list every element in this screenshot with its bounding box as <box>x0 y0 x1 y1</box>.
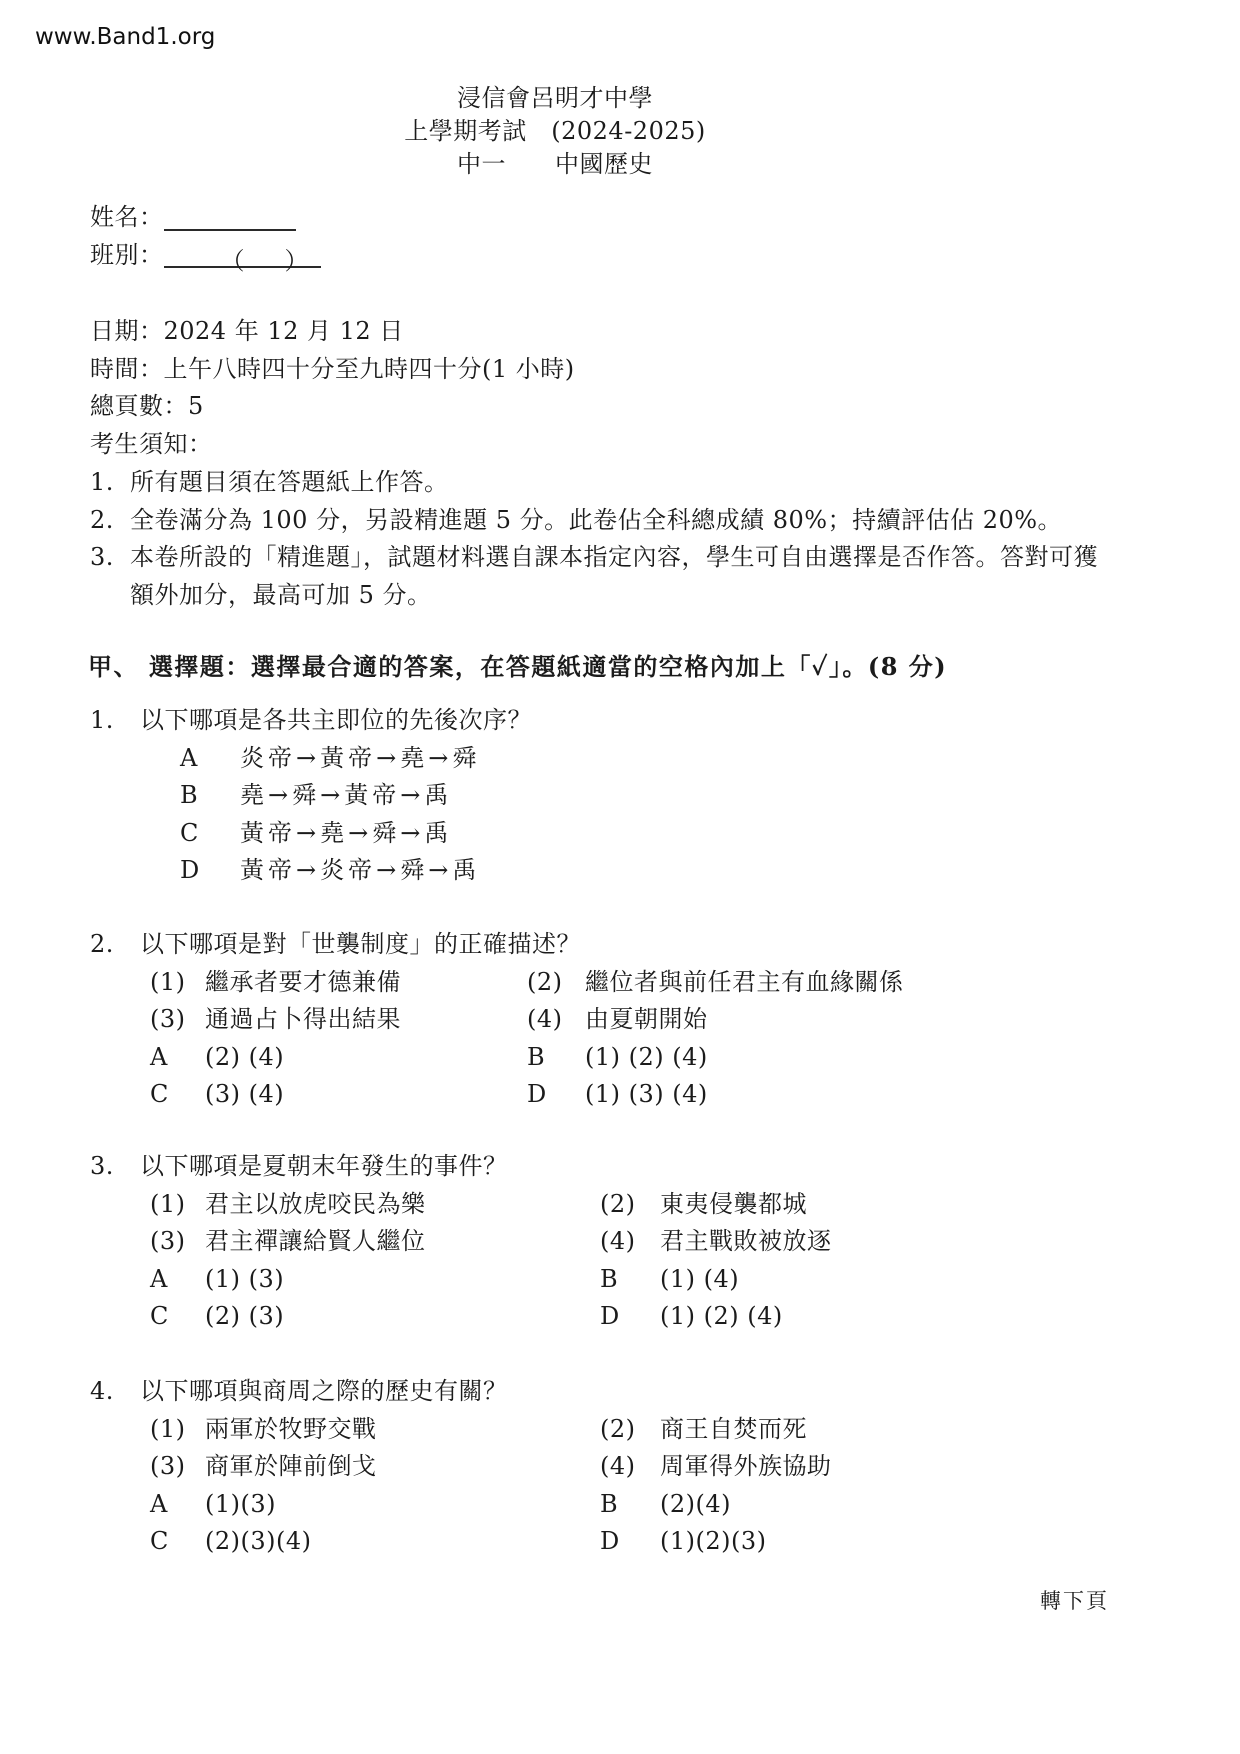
question-text: 以下哪項與商周之際的歷史有關？ <box>140 1373 508 1411</box>
exam-date: 日期：2024 年 12 月 12 日 <box>90 313 575 351</box>
notice-row: 額外加分，最高可加 5 分。 <box>0 577 1240 615</box>
question-2: 2.以下哪項是對「世襲制度」的正確描述？(1)繼承者要才德兼備(2)繼位者與前任… <box>0 926 1240 1114</box>
option-text: (1) (4) <box>660 1261 739 1299</box>
question-3: 3.以下哪項是夏朝末年發生的事件？(1)君主以放虎咬民為樂(2)東夷侵襲都城(3… <box>0 1148 1240 1336</box>
option-label: B <box>180 777 198 815</box>
notice-number: 2. <box>90 502 114 540</box>
notice-heading: 考生須知： <box>90 426 575 464</box>
option-text: (2) (4) <box>205 1039 284 1077</box>
paper-header: 浸信會呂明才中學 上學期考試 (2024-2025) 中一 中國歷史 <box>0 82 1110 181</box>
question-stem-row: 2.以下哪項是對「世襲制度」的正確描述？ <box>0 926 1240 964</box>
option-text: (2) (3) <box>205 1298 284 1336</box>
exam-title: 上學期考試 (2024-2025) <box>0 115 1110 148</box>
option-label: A <box>180 740 198 778</box>
option-label: C <box>150 1076 169 1114</box>
watermark-url: www.Band1.org <box>35 24 215 50</box>
option-label: (1) <box>150 964 186 1002</box>
option-row: C黃帝→堯→舜→禹 <box>0 815 1240 853</box>
option-label: (1) <box>150 1411 186 1449</box>
option-row: (1)君主以放虎咬民為樂(2)東夷侵襲都城 <box>0 1186 1240 1224</box>
question-stem-row: 3.以下哪項是夏朝末年發生的事件？ <box>0 1148 1240 1186</box>
option-text: (1) (2) (4) <box>585 1039 708 1077</box>
notice-text: 所有題目須在答題紙上作答。 <box>130 464 449 502</box>
option-text: 繼承者要才德兼備 <box>205 964 401 1002</box>
option-label: A <box>150 1486 168 1524</box>
option-row: D黃帝→炎帝→舜→禹 <box>0 852 1240 890</box>
option-text: 東夷侵襲都城 <box>660 1186 807 1224</box>
option-row: (3)通過占卜得出結果(4)由夏朝開始 <box>0 1001 1240 1039</box>
notice-number: 1. <box>90 464 114 502</box>
option-row: B堯→舜→黃帝→禹 <box>0 777 1240 815</box>
option-text: (1) (2) (4) <box>660 1298 783 1336</box>
option-label: (4) <box>600 1448 636 1486</box>
option-label: A <box>150 1039 168 1077</box>
option-text: 君主以放虎咬民為樂 <box>205 1186 426 1224</box>
option-label: B <box>600 1486 618 1524</box>
option-text: (1) (3) <box>205 1261 284 1299</box>
exam-info: 日期：2024 年 12 月 12 日 時間：上午八時四十分至九時四十分(1 小… <box>90 313 575 463</box>
name-label: 姓名： <box>90 203 164 231</box>
notice-text: 本卷所設的「精進題」，試題材料選自課本指定內容，學生可自由選擇是否作答。答對可獲 <box>130 539 1098 577</box>
question-text: 以下哪項是各共主即位的先後次序？ <box>140 702 532 740</box>
option-row: (1)兩軍於牧野交戰(2)商王自焚而死 <box>0 1411 1240 1449</box>
question-number: 3. <box>90 1148 114 1186</box>
option-text: 兩軍於牧野交戰 <box>205 1411 377 1449</box>
notice-row: 2.全卷滿分為 100 分，另設精進題 5 分。此卷佔全科總成績 80%；持續評… <box>0 502 1240 540</box>
total-pages: 總頁數：5 <box>90 388 575 426</box>
option-text: 君主禪讓給賢人繼位 <box>205 1223 426 1261</box>
question-1: 1.以下哪項是各共主即位的先後次序？A炎帝→黃帝→堯→舜B堯→舜→黃帝→禹C黃帝… <box>0 702 1240 890</box>
option-row: (1)繼承者要才德兼備(2)繼位者與前任君主有血緣關係 <box>0 964 1240 1002</box>
option-label: D <box>180 852 200 890</box>
option-label: D <box>527 1076 547 1114</box>
class-label: 班別： <box>90 241 164 269</box>
question-text: 以下哪項是夏朝末年發生的事件？ <box>140 1148 508 1186</box>
option-label: D <box>600 1523 620 1561</box>
notice-row: 1.所有題目須在答題紙上作答。 <box>0 464 1240 502</box>
name-field-row: 姓名： <box>90 198 321 236</box>
question-4: 4.以下哪項與商周之際的歷史有關？(1)兩軍於牧野交戰(2)商王自焚而死(3)商… <box>0 1373 1240 1561</box>
class-number-parens: （ ） <box>221 247 317 275</box>
question-number: 2. <box>90 926 114 964</box>
next-page-note: 轉下頁 <box>1040 1585 1109 1615</box>
option-text: 商軍於陣前倒戈 <box>205 1448 377 1486</box>
notice-row: 3.本卷所設的「精進題」，試題材料選自課本指定內容，學生可自由選擇是否作答。答對… <box>0 539 1240 577</box>
option-text: 由夏朝開始 <box>585 1001 708 1039</box>
option-text: 黃帝→炎帝→舜→禹 <box>240 852 480 890</box>
option-row: A(2) (4)B(1) (2) (4) <box>0 1039 1240 1077</box>
option-text: 黃帝→堯→舜→禹 <box>240 815 452 853</box>
question-stem-row: 1.以下哪項是各共主即位的先後次序？ <box>0 702 1240 740</box>
option-row: A炎帝→黃帝→堯→舜 <box>0 740 1240 778</box>
exam-time: 時間：上午八時四十分至九時四十分(1 小時) <box>90 351 575 389</box>
option-label: (3) <box>150 1001 186 1039</box>
option-label: (4) <box>600 1223 636 1261</box>
name-blank-line <box>164 205 296 231</box>
option-text: (1)(3) <box>205 1486 276 1524</box>
class-field-row: 班別：（ ） <box>90 236 321 274</box>
notice-text: 額外加分，最高可加 5 分。 <box>130 577 432 615</box>
notice-number: 3. <box>90 539 114 577</box>
option-label: (1) <box>150 1186 186 1224</box>
option-row: A(1)(3)B(2)(4) <box>0 1486 1240 1524</box>
option-text: 君主戰敗被放逐 <box>660 1223 832 1261</box>
class-blank-line: （ ） <box>164 242 321 268</box>
option-label: C <box>150 1523 169 1561</box>
section-a-heading: 甲、 選擇題：選擇最合適的答案，在答題紙適當的空格內加上「✓」。(8 分) <box>88 648 947 686</box>
question-text: 以下哪項是對「世襲制度」的正確描述？ <box>140 926 581 964</box>
option-label: (2) <box>600 1411 636 1449</box>
option-row: (3)君主禪讓給賢人繼位(4)君主戰敗被放逐 <box>0 1223 1240 1261</box>
school-name: 浸信會呂明才中學 <box>0 82 1110 115</box>
option-label: (3) <box>150 1448 186 1486</box>
option-text: (1) (3) (4) <box>585 1076 708 1114</box>
option-label: (3) <box>150 1223 186 1261</box>
option-label: C <box>180 815 199 853</box>
option-row: C(2)(3)(4)D(1)(2)(3) <box>0 1523 1240 1561</box>
question-number: 1. <box>90 702 114 740</box>
option-text: 堯→舜→黃帝→禹 <box>240 777 452 815</box>
option-text: (2)(3)(4) <box>205 1523 312 1561</box>
option-label: B <box>600 1261 618 1299</box>
option-label: D <box>600 1298 620 1336</box>
option-label: (2) <box>527 964 563 1002</box>
student-fields: 姓名： 班別：（ ） <box>90 198 321 274</box>
option-row: A(1) (3)B(1) (4) <box>0 1261 1240 1299</box>
option-row: (3)商軍於陣前倒戈(4)周軍得外族協助 <box>0 1448 1240 1486</box>
option-label: (4) <box>527 1001 563 1039</box>
option-label: (2) <box>600 1186 636 1224</box>
option-text: 繼位者與前任君主有血緣關係 <box>585 964 904 1002</box>
option-text: (1)(2)(3) <box>660 1523 767 1561</box>
option-text: 周軍得外族協助 <box>660 1448 832 1486</box>
exam-paper-page: www.Band1.org 浸信會呂明才中學 上學期考試 (2024-2025)… <box>0 0 1240 1754</box>
option-text: (2)(4) <box>660 1486 731 1524</box>
question-number: 4. <box>90 1373 114 1411</box>
candidate-notices: 1.所有題目須在答題紙上作答。2.全卷滿分為 100 分，另設精進題 5 分。此… <box>0 464 1240 614</box>
option-row: C(2) (3)D(1) (2) (4) <box>0 1298 1240 1336</box>
notice-text: 全卷滿分為 100 分，另設精進題 5 分。此卷佔全科總成績 80%；持續評估佔… <box>130 502 1062 540</box>
option-label: B <box>527 1039 545 1077</box>
question-stem-row: 4.以下哪項與商周之際的歷史有關？ <box>0 1373 1240 1411</box>
option-text: 商王自焚而死 <box>660 1411 807 1449</box>
option-row: C(3) (4)D(1) (3) (4) <box>0 1076 1240 1114</box>
form-subject: 中一 中國歷史 <box>0 148 1110 181</box>
option-text: 炎帝→黃帝→堯→舜 <box>240 740 480 778</box>
option-label: A <box>150 1261 168 1299</box>
option-text: 通過占卜得出結果 <box>205 1001 401 1039</box>
option-text: (3) (4) <box>205 1076 284 1114</box>
option-label: C <box>150 1298 169 1336</box>
